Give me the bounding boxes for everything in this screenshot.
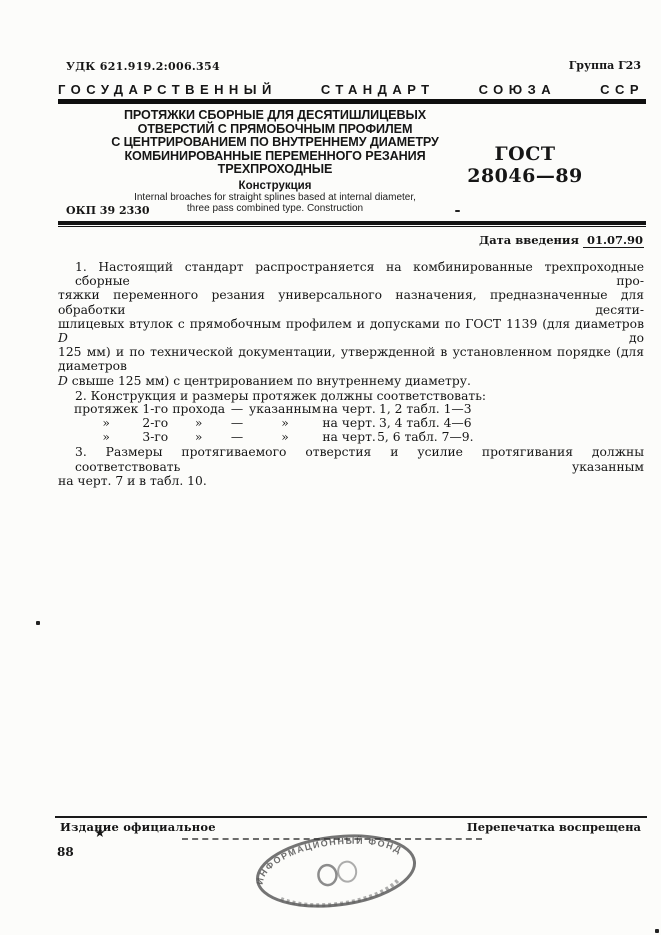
cell: 3-го	[138, 431, 172, 445]
cell: —	[225, 403, 249, 417]
title-line: ТРЕХПРОХОДНЫЕ	[90, 163, 460, 177]
cell: »	[74, 417, 138, 431]
edition-note: Издание официальное	[60, 820, 216, 834]
table-row: протяжек 1-го прохода — указанным на чер…	[74, 403, 473, 417]
cell: »	[249, 431, 321, 445]
gost-label: ГОСТ	[440, 143, 610, 165]
pass-reference-table: протяжек 1-го прохода — указанным на чер…	[74, 403, 473, 444]
paragraph-1-segment: шлицевых втулок с прямобочным профилем и…	[58, 317, 644, 331]
library-stamp: ИНФОРМАЦИОННЫЙ ФОНД	[245, 818, 426, 924]
table-row: » 3-го » — » на черт. 5, 6 табл. 7—9.	[74, 431, 473, 445]
paragraph-1-segment: свыше 125 мм) с центрированием по внутре…	[68, 374, 471, 388]
group-code: Группа Г23	[569, 59, 641, 72]
cell: »	[74, 431, 138, 445]
cell: 1-го	[138, 403, 172, 417]
okp-code: ОКП 39 2330	[66, 204, 150, 217]
title-line: ОТВЕРСТИЙ С ПРЯМОБОЧНЫМ ПРОФИЛЕМ	[90, 123, 460, 137]
paragraph-1-line: тяжки переменного резания универсального…	[58, 288, 644, 316]
cell: —	[225, 431, 249, 445]
stamp-graphic: ИНФОРМАЦИОННЫЙ ФОНД	[245, 818, 426, 924]
ink-speck	[455, 210, 460, 212]
subtitle-en: Internal broaches for straight splines b…	[90, 193, 460, 203]
cell: на черт.	[321, 431, 377, 445]
cell: »	[249, 417, 321, 431]
title-line: ПРОТЯЖКИ СБОРНЫЕ ДЛЯ ДЕСЯТИШЛИЦЕВЫХ	[90, 109, 460, 123]
cell: 1, 2 табл. 1—3	[377, 403, 473, 417]
header-word: ГОСУДАРСТВЕННЫЙ	[58, 82, 277, 97]
symbol-D: D	[58, 331, 68, 345]
gost-number: 28046—89	[440, 165, 610, 187]
paragraph-1-segment: до	[68, 331, 644, 345]
ink-speck	[36, 621, 40, 625]
section-rule	[58, 221, 646, 227]
gost-designation: ГОСТ 28046—89	[440, 143, 610, 187]
paragraph-1-line: 1. Настоящий стандарт распространяется н…	[58, 260, 644, 288]
footer-rule	[55, 816, 647, 818]
page-number: 88	[57, 845, 74, 859]
cell: »	[172, 431, 225, 445]
cell: протяжек	[74, 403, 138, 417]
document-page: УДК 621.919.2:006.354 Группа Г23 ГОСУДАР…	[0, 0, 661, 935]
reprint-note: Перепечатка воспрещена	[467, 820, 641, 834]
header-word: ССР	[600, 82, 644, 97]
cell: 2-го	[138, 417, 172, 431]
ink-speck	[655, 929, 659, 933]
header-word: СТАНДАРТ	[321, 82, 435, 97]
paragraph-3-line: 3. Размеры протягиваемого отверстия и ус…	[58, 445, 644, 473]
cell: »	[172, 417, 225, 431]
cell: —	[225, 417, 249, 431]
paragraph-1-line: D свыше 125 мм) с центрированием по внут…	[58, 374, 644, 388]
stamp-emblem	[317, 864, 337, 886]
standard-header: ГОСУДАРСТВЕННЫЙ СТАНДАРТ СОЮЗА ССР	[58, 82, 644, 97]
cell: 3, 4 табл. 4—6	[377, 417, 473, 431]
symbol-D: D	[58, 374, 68, 388]
date-value: 01.07.90	[583, 233, 644, 248]
body-text: 1. Настоящий стандарт распространяется н…	[58, 260, 644, 488]
date-label: Дата введения	[479, 233, 579, 247]
title-line: С ЦЕНТРИРОВАНИЕМ ПО ВНУТРЕННЕМУ ДИАМЕТРУ	[90, 136, 460, 150]
title-block: ПРОТЯЖКИ СБОРНЫЕ ДЛЯ ДЕСЯТИШЛИЦЕВЫХ ОТВЕ…	[90, 109, 460, 214]
cell: на черт.	[321, 417, 377, 431]
title-line: КОМБИНИРОВАННЫЕ ПЕРЕМЕННОГО РЕЗАНИЯ	[90, 150, 460, 164]
cell: 5, 6 табл. 7—9.	[377, 431, 473, 445]
udk-code: УДК 621.919.2:006.354	[66, 60, 220, 73]
effective-date: Дата введения 01.07.90	[58, 233, 644, 247]
paragraph-3-line: на черт. 7 и в табл. 10.	[58, 474, 644, 488]
paragraph-1-line: 125 мм) и по технической документации, у…	[58, 345, 644, 373]
subtitle-ru: Конструкция	[90, 180, 460, 192]
cell: указанным	[249, 403, 321, 417]
header-rule	[58, 99, 646, 104]
cell: прохода	[172, 403, 225, 417]
paragraph-1-line: шлицевых втулок с прямобочным профилем и…	[58, 317, 644, 345]
star-mark: ★	[94, 826, 106, 841]
cell: на черт.	[321, 403, 377, 417]
header-word: СОЮЗА	[479, 82, 556, 97]
stamp-emblem	[337, 861, 357, 883]
table-row: » 2-го » — » на черт. 3, 4 табл. 4—6	[74, 417, 473, 431]
paragraph-2-intro: 2. Конструкция и размеры протяжек должны…	[58, 389, 644, 403]
